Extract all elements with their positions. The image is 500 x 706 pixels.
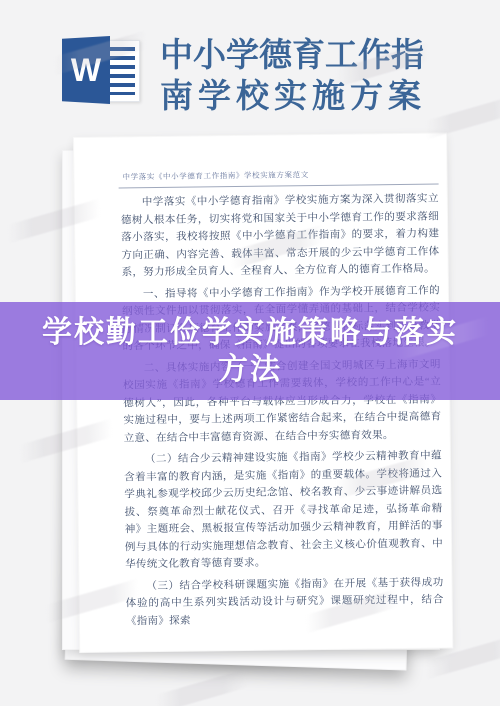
document-body: 中学落实《中小学德育指南》学校实施方案为深入贯彻落实立德树人根本任务，切实将党和…: [121, 191, 444, 635]
doc-paragraph: （二）结合少云精神建设实施《指南》学校少云精神教育中蕴含着丰富的教育内涵，是实施…: [124, 448, 443, 574]
banner-title-line2: 方法: [218, 351, 282, 388]
document-preview-page: W 中小学德育工作指 南学校实施方案 中学落实《中小学德育工作指南》学校实施方案…: [0, 0, 500, 706]
text-lines-icon: [110, 47, 135, 95]
page-title-line1: 中小学德育工作指: [160, 36, 424, 76]
document-header-note: 中学落实《中小学德育工作指南》学校实施方案范文: [122, 169, 308, 182]
header-divider: [119, 184, 439, 189]
word-logo-letter: W: [71, 54, 101, 86]
promo-title-banner: 学校勤工俭学实施策略与落实 方法: [0, 302, 500, 400]
doc-paragraph: 中学落实《中小学德育指南》学校实施方案为深入贯彻落实立德树人根本任务，切实将党和…: [121, 191, 440, 282]
word-file-icon: W: [62, 33, 140, 107]
word-logo-panel: W: [62, 36, 110, 104]
page-title-line2: 南学校实施方案: [160, 77, 426, 117]
banner-title-line1: 学校勤工俭学实施策略与落实: [42, 314, 458, 351]
header: W 中小学德育工作指 南学校实施方案: [0, 0, 500, 130]
doc-paragraph: （三）结合学校科研课题实施《指南》在开展《基于获得成功体验的高中生系列实践活动设…: [125, 574, 444, 630]
